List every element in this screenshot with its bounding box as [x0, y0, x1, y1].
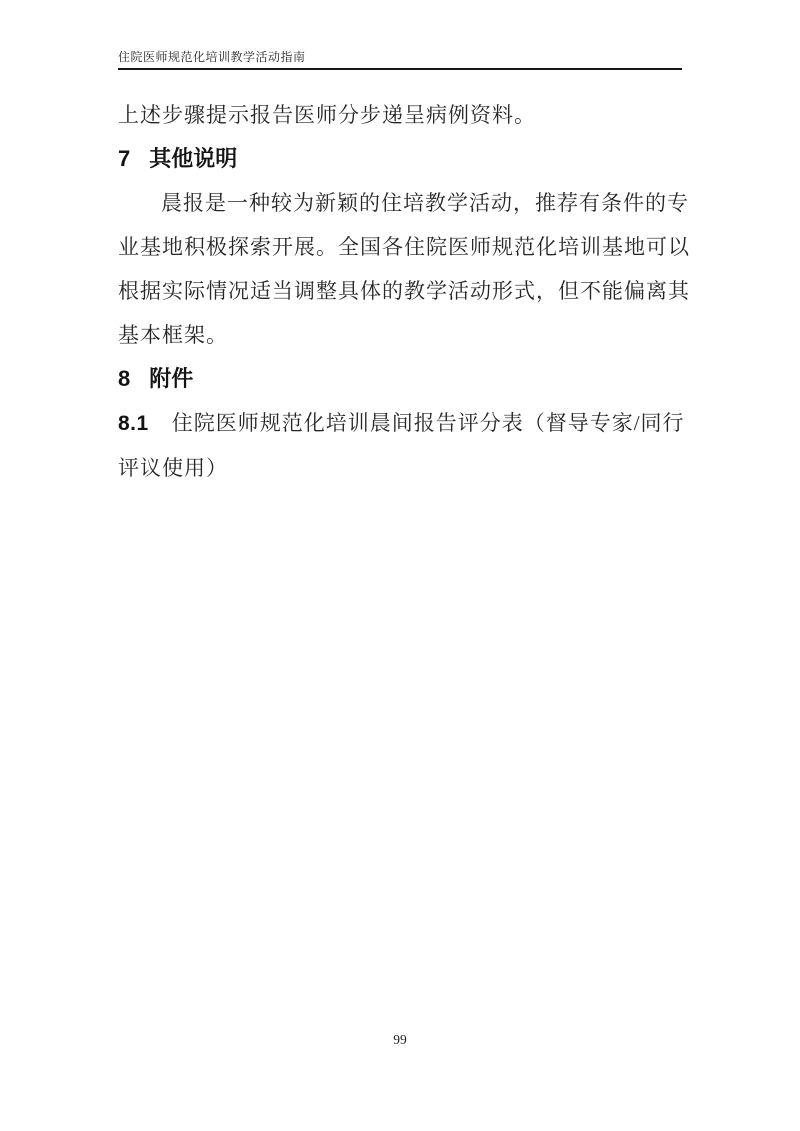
section-8-title: 附件 — [149, 366, 193, 391]
attachment-8-1-line-2: 评议使用） — [118, 446, 684, 490]
page-header: 住院医师规范化培训教学活动指南 — [118, 50, 682, 70]
paragraph-line: 根据实际情况适当调整具体的教学活动形式，但不能偏离其 — [118, 269, 684, 313]
section-7-number: 7 — [118, 137, 130, 181]
section-8-number: 8 — [118, 357, 130, 401]
section-heading-8: 8附件 — [118, 357, 684, 401]
page-footer: 99 — [0, 1031, 800, 1049]
section-heading-7: 7其他说明 — [118, 137, 684, 181]
attachment-8-1-number: 8.1 — [118, 402, 149, 446]
paragraph-line: 晨报是一种较为新颖的住培教学活动，推荐有条件的专 — [118, 181, 684, 225]
paragraph-line: 业基地积极探索开展。全国各住院医师规范化培训基地可以 — [118, 225, 684, 269]
attachment-8-1-text: 住院医师规范化培训晨间报告评分表（督导专家/同行 — [172, 411, 685, 435]
paragraph-line: 基本框架。 — [118, 313, 684, 357]
section-7-title: 其他说明 — [149, 146, 237, 171]
page-content: 上述步骤提示报告医师分步递呈病例资料。 7其他说明 晨报是一种较为新颖的住培教学… — [118, 93, 684, 490]
page-number: 99 — [393, 1032, 407, 1047]
document-title-header: 住院医师规范化培训教学活动指南 — [118, 50, 682, 64]
document-page: 住院医师规范化培训教学活动指南 上述步骤提示报告医师分步递呈病例资料。 7其他说… — [0, 0, 800, 1131]
attachment-8-1-line-1: 8.1住院医师规范化培训晨间报告评分表（督导专家/同行 — [118, 401, 684, 446]
paragraph-line-intro: 上述步骤提示报告医师分步递呈病例资料。 — [118, 93, 684, 137]
